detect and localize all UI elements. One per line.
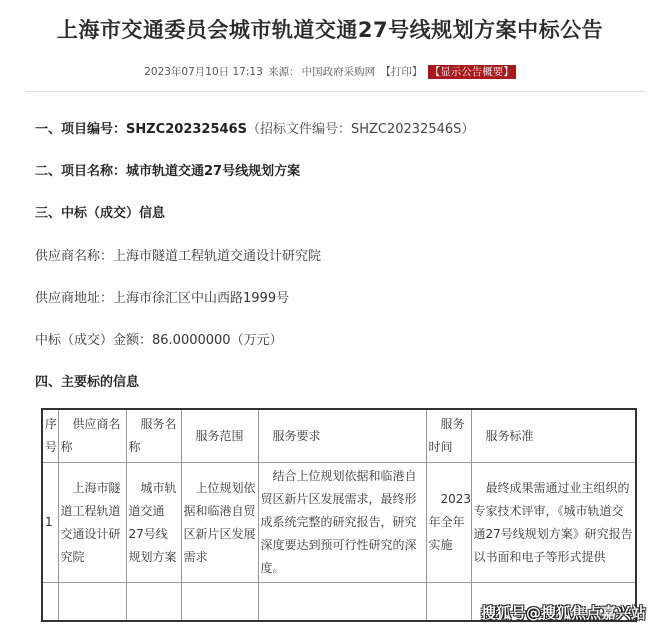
header-service-name: 服务名称 [126,409,181,463]
header-scope: 服务范围 [181,409,258,463]
main-items-table: 序号 供应商名称 服务名称 服务范围 服务要求 服务时间 服务标准 1 上海市隧… [41,408,637,622]
header-standard: 服务标准 [471,409,636,463]
article-meta: 2023年07月10日 17:13 来源：中国政府采购网 【打印】 【显示公告概… [0,64,660,79]
print-link[interactable]: 【打印】 [380,66,422,78]
header-no: 序号 [42,409,58,463]
publish-datetime: 2023年07月10日 17:13 [144,66,263,78]
source-label: 来源： [268,66,300,78]
header-divider [25,91,645,92]
cell-requirement: 结合上位规划依据和临港自贸区新片区发展需求，最终形成系统完整的研究报告，研究深度… [258,463,426,583]
cell-service-name: 城市轨道交通27号线规划方案 [126,463,181,583]
project-number-line: 一、项目编号：SHZC20232546S（招标文件编号：SHZC20232546… [35,118,474,137]
award-info-heading: 三、中标（成交）信息 [35,202,165,221]
supplier-name: 供应商名称：上海市隧道工程轨道交通设计研究院 [35,245,321,264]
project-number-value: SHZC20232546S [126,122,247,137]
table-row: 1 上海市隧道工程轨道交通设计研究院 城市轨道交通27号线规划方案 上位规划依据… [42,463,636,583]
award-amount: 中标（成交）金额：86.0000000（万元） [35,329,283,348]
table-header-row: 序号 供应商名称 服务名称 服务范围 服务要求 服务时间 服务标准 [42,409,636,463]
tender-doc-number: （招标文件编号：SHZC20232546S） [247,122,474,137]
project-number-label: 一、项目编号： [35,122,126,137]
project-name-line: 二、项目名称：城市轨道交通27号线规划方案 [35,160,300,179]
source-name: 中国政府采购网 [302,66,376,78]
cell-supplier: 上海市隧道工程轨道交通设计研究院 [58,463,126,583]
supplier-address: 供应商地址：上海市徐汇区中山西路1999号 [35,287,289,306]
header-requirement: 服务要求 [258,409,426,463]
cell-time: 2023年全年实施 [426,463,471,583]
watermark: 搜狐号@搜狐焦点嘉兴站 [481,602,646,623]
show-summary-button[interactable]: 【显示公告概要】 [428,65,516,79]
project-name-value: 城市轨道交通27号线规划方案 [126,164,300,179]
project-name-label: 二、项目名称： [35,164,126,179]
header-supplier: 供应商名称 [58,409,126,463]
cell-scope: 上位规划依据和临港自贸区新片区发展需求 [181,463,258,583]
cell-standard: 最终成果需通过业主组织的专家技术评审，《城市轨道交通27号线规划方案》研究报告以… [471,463,636,583]
cell-no: 1 [42,463,58,583]
header-time: 服务时间 [426,409,471,463]
main-items-heading: 四、主要标的信息 [35,371,139,390]
page-title: 上海市交通委员会城市轨道交通27号线规划方案中标公告 [0,14,660,44]
